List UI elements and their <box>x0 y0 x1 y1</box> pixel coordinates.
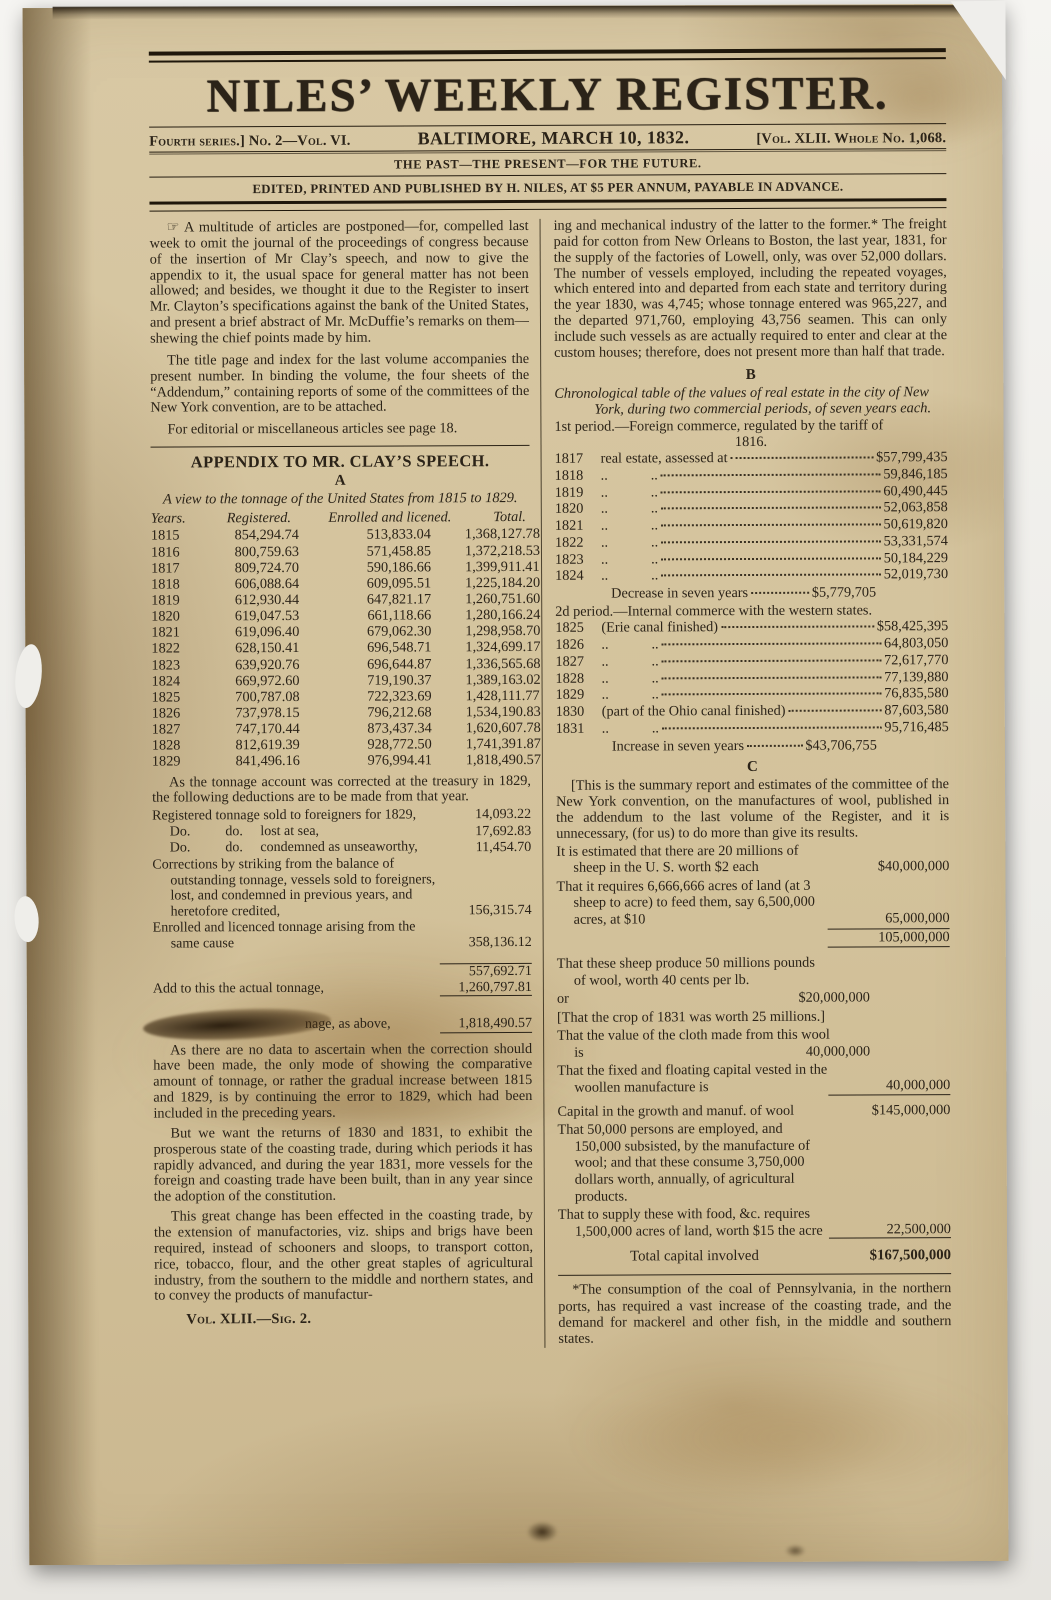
real-estate-row: 1829.. ..76,835,580 <box>556 685 949 703</box>
tonnage-value: 700,787.08 <box>204 689 316 706</box>
series-volume-label: Fourth series.] No. 2—Vol. VI. <box>149 133 350 151</box>
tonnage-row: 1826737,978.15796,212.681,534,190.83 <box>152 704 531 722</box>
estimate-value: 40,000,000 <box>828 1077 950 1095</box>
estimate-item: That these sheep produce 50 millions pou… <box>557 954 950 989</box>
real-estate-note: .. .. <box>601 518 658 535</box>
deduction-label: Corrections by striking from the balance… <box>152 856 438 920</box>
estimate-text: That the fixed and floating capital vest… <box>557 1062 827 1096</box>
tonnage-year: 1826 <box>152 705 204 721</box>
real-estate-value: 53,331,574 <box>884 533 948 550</box>
dot-leader <box>662 726 881 729</box>
real-estate-row: 1825(Erie canal finished)$58,425,395 <box>555 619 948 637</box>
editorial-notes: ☞ A multitude of articles are postponed—… <box>150 219 530 439</box>
right-column: ing and mechanical industry of the latte… <box>541 217 952 1347</box>
estimate-text: [That the crop of 1831 was worth 25 mill… <box>557 1008 825 1025</box>
masthead-rule <box>149 198 946 211</box>
deduction-value: 1,818,490.57 <box>440 1016 532 1033</box>
real-estate-year: 1820 <box>555 501 601 518</box>
dot-leader <box>661 574 880 577</box>
paper-stain <box>574 1372 1005 1504</box>
newspaper-page: NILES’ WEEKLY REGISTER. Fourth series.] … <box>23 4 1009 1565</box>
real-estate-value: 52,063,858 <box>883 500 947 517</box>
tonnage-value: 1,818,490.57 <box>466 752 541 768</box>
whole-number-label: [Vol. XLII. Whole No. 1,068. <box>756 130 946 148</box>
tonnage-year: 1827 <box>152 721 204 737</box>
ink-spot <box>785 1545 805 1557</box>
real-estate-row: 1824.. ..52,019,730 <box>555 566 948 584</box>
real-estate-year: 1830 <box>556 704 602 721</box>
volume-signature: Vol. XLII.—Sig. 2. <box>154 1310 533 1329</box>
tonnage-value: 696,548.71 <box>315 640 465 657</box>
real-estate-note: .. .. <box>602 720 659 737</box>
deductions-list: Registered tonnage sold to foreigners fo… <box>152 807 532 1034</box>
tonnage-value: 1,399,911.41 <box>465 559 540 575</box>
real-estate-value: 76,835,580 <box>884 685 948 702</box>
real-estate-year: 1822 <box>555 534 601 551</box>
real-estate-row: 1821.. ..50,619,820 <box>555 516 948 534</box>
deduction-value: 11,454.70 <box>439 840 531 856</box>
tonnage-value: 606,088.64 <box>203 576 315 593</box>
tonnage-value: 1,324,699.17 <box>465 639 540 655</box>
dot-leader <box>661 540 880 543</box>
real-estate-value: $57,799,435 <box>876 449 948 466</box>
tonnage-column-header: Years. <box>151 511 203 527</box>
tonnage-value: 1,260,751.60 <box>465 591 540 607</box>
closing-paragraph: But we want the returns of 1830 and 1831… <box>153 1125 532 1206</box>
tonnage-value: 679,062.30 <box>315 623 465 640</box>
real-estate-year: 1831 <box>556 720 602 737</box>
real-estate-note: .. .. <box>601 467 658 484</box>
tonnage-value: 719,190.37 <box>316 672 466 689</box>
real-estate-row: 1823.. ..50,184,229 <box>555 550 948 568</box>
tonnage-row: 1825700,787.08722,323.691,428,111.77 <box>152 688 531 706</box>
tonnage-row: 1817809,724.70590,186.661,399,911.41 <box>151 559 530 577</box>
estimate-value: 65,000,000 <box>828 910 950 927</box>
period2-heading: 2d period.—Internal commerce with the we… <box>555 602 948 620</box>
real-estate-note: (part of the Ohio canal finished) <box>602 703 786 721</box>
tonnage-value: 571,458.85 <box>315 543 465 560</box>
tonnage-value: 612,930.44 <box>203 592 315 609</box>
tonnage-value: 812,619.39 <box>204 737 316 754</box>
tonnage-row: 1818606,088.64609,095.511,225,184.20 <box>151 575 530 593</box>
real-estate-year: 1819 <box>555 484 601 501</box>
tonnage-value: 1,534,190.83 <box>466 704 541 720</box>
deduction-value: 557,692.71 <box>440 963 532 980</box>
intro-paragraph: ☞ A multitude of articles are postponed—… <box>150 219 530 348</box>
tonnage-row: 1815854,294.74513,833.041,368,127.78 <box>151 526 530 544</box>
estimate-value: $145,000,000 <box>828 1102 950 1119</box>
real-estate-note: .. .. <box>601 501 658 518</box>
tonnage-year: 1828 <box>152 738 204 754</box>
ink-spot <box>527 1522 557 1542</box>
section-a-label: A <box>151 472 530 491</box>
continuation-paragraph: ing and mechanical industry of the latte… <box>554 217 948 361</box>
tonnage-year: 1825 <box>152 689 204 705</box>
estimate-text: That to supply these with food, &c. requ… <box>558 1206 823 1240</box>
real-estate-value: 77,139,880 <box>884 669 948 686</box>
closing-paragraph: This great change has been effected in t… <box>154 1208 533 1305</box>
estimate-item: [That the crop of 1831 was worth 25 mill… <box>557 1008 950 1026</box>
tonnage-value: 669,972.60 <box>204 673 316 690</box>
estimate-value: $167,500,000 <box>829 1247 951 1265</box>
tonnage-row: 1824669,972.60719,190.371,389,163.02 <box>152 672 531 690</box>
tonnage-value: 619,096.40 <box>203 624 315 641</box>
closing-paragraph: As there are no data to ascertain when t… <box>153 1041 532 1122</box>
estimate-text: That it requires 6,666,666 acres of land… <box>556 878 815 928</box>
tonnage-year: 1816 <box>151 544 203 560</box>
increase-value: $43,706,755 <box>805 737 877 754</box>
tonnage-value: 609,095.51 <box>315 575 465 592</box>
real-estate-note: (Erie canal finished) <box>601 620 718 637</box>
real-estate-row: 1827.. ..72,617,770 <box>555 652 948 670</box>
deduction-row: Corrections by striking from the balance… <box>152 855 531 920</box>
real-estate-year: 1827 <box>555 654 601 671</box>
real-estate-note: .. .. <box>601 568 658 585</box>
tonnage-year: 1817 <box>151 560 203 576</box>
tonnage-value: 1,336,565.68 <box>465 655 540 671</box>
masthead-rule <box>149 173 946 177</box>
tonnage-year: 1824 <box>152 673 204 689</box>
tonnage-table-header: Years.Registered.Enrolled and licened.To… <box>151 509 530 527</box>
deduction-row: nage, as above,1,818,490.57 <box>153 1016 532 1034</box>
tonnage-table-caption: A view to the tonnage of the United Stat… <box>151 490 530 508</box>
real-estate-row: 1828.. ..77,139,880 <box>556 669 949 687</box>
dot-leader <box>661 524 880 527</box>
photo-background: { "masthead": { "title": "NILES’ WEEKLY … <box>0 0 1051 1600</box>
real-estate-note: .. .. <box>601 653 658 670</box>
masthead-rule <box>149 48 946 62</box>
increase-row: Increase in seven years $43,706,755 <box>556 736 949 757</box>
closing-paragraphs: As there are no data to ascertain when t… <box>153 1041 533 1304</box>
deduction-label: Do. do. lost at sea, <box>152 824 319 840</box>
tonnage-value: 796,212.68 <box>316 704 466 721</box>
tonnage-value: 1,620,607.78 <box>466 720 541 736</box>
dot-leader <box>751 592 809 594</box>
dot-leader <box>662 693 881 696</box>
tonnage-value: 1,280,166.24 <box>465 607 540 623</box>
estimate-item: Total capital involved$167,500,000 <box>558 1247 951 1266</box>
intro-paragraph: The title page and index for the last vo… <box>150 352 529 417</box>
tonnage-value: 747,170.44 <box>204 721 316 738</box>
real-estate-note: real estate, assessed at <box>601 450 728 467</box>
tonnage-row: 1827747,170.44873,437.341,620,607.78 <box>152 720 531 738</box>
real-estate-row: 1819.. ..60,490,445 <box>555 483 948 501</box>
real-estate-period2-table: 1825(Erie canal finished)$58,425,3951826… <box>555 619 949 738</box>
printed-area: NILES’ WEEKLY REGISTER. Fourth series.] … <box>23 4 1008 1350</box>
tonnage-value: 737,978.15 <box>204 705 316 722</box>
tonnage-year: 1822 <box>151 641 203 657</box>
tonnage-row: 1816800,759.63571,458.851,372,218.53 <box>151 543 530 561</box>
real-estate-period1-table: 1817real estate, assessed at$57,799,4351… <box>555 449 949 584</box>
real-estate-table-caption: Chronological table of the values of rea… <box>554 384 947 418</box>
tonnage-year: 1823 <box>151 657 203 673</box>
deduction-row: Add to this the actual tonnage,1,260,797… <box>153 980 532 998</box>
tonnage-row: 1819612,930.44647,821.171,260,751.60 <box>151 591 530 609</box>
dot-leader <box>788 709 881 711</box>
tonnage-value: 696,644.87 <box>315 656 465 673</box>
real-estate-value: 60,490,445 <box>883 483 947 500</box>
dot-leader <box>662 659 881 662</box>
dot-leader <box>662 676 881 679</box>
real-estate-note: .. .. <box>601 551 658 568</box>
tonnage-value: 1,428,111.77 <box>466 688 540 704</box>
deduction-value: 358,136.12 <box>440 935 532 951</box>
tonnage-value: 1,298,958.70 <box>465 623 540 639</box>
real-estate-year: 1818 <box>555 468 601 485</box>
real-estate-year: 1821 <box>555 518 601 535</box>
tonnage-column-header: Total. <box>465 509 530 525</box>
masthead: NILES’ WEEKLY REGISTER. Fourth series.] … <box>149 48 947 211</box>
decrease-label: Decrease in seven years <box>611 585 748 603</box>
dot-leader <box>661 507 880 510</box>
estimate-item: That the fixed and floating capital vest… <box>557 1062 950 1097</box>
tonnage-value: 628,150.41 <box>203 640 315 657</box>
tonnage-value: 513,833.04 <box>315 527 465 544</box>
real-estate-value: $58,425,395 <box>877 619 949 636</box>
real-estate-year: 1823 <box>555 551 601 568</box>
tonnage-value: 854,294.74 <box>203 527 315 544</box>
tonnage-year: 1820 <box>151 609 203 625</box>
real-estate-value: 50,619,820 <box>883 516 947 533</box>
tonnage-value: 928,772.50 <box>316 736 466 753</box>
section-c-label: C <box>556 758 949 777</box>
real-estate-note: .. .. <box>601 484 658 501</box>
estimate-item: Capital in the growth and manuf. of wool… <box>557 1102 950 1120</box>
tonnage-value: 1,368,127.78 <box>465 526 540 542</box>
deduction-value: 1,260,797.81 <box>440 979 532 996</box>
deduction-label: Enrolled and licenced tonnage arising fr… <box>153 920 419 952</box>
wool-report-intro: [This is the summary report and estimate… <box>556 776 949 842</box>
decrease-row: Decrease in seven years $5,779,705 <box>555 583 948 604</box>
dot-leader <box>661 557 880 560</box>
left-column: ☞ A multitude of articles are postponed—… <box>150 219 546 1349</box>
real-estate-row: 1820.. ..52,063,858 <box>555 500 948 518</box>
estimate-item: or$20,000,000 <box>557 989 950 1007</box>
tonnage-row: 1820619,047.53661,118.661,280,166.24 <box>151 607 530 625</box>
real-estate-year: 1826 <box>555 637 601 654</box>
estimate-value: $40,000,000 <box>827 858 949 875</box>
estimate-text: That 50,000 persons are employed, and 15… <box>557 1121 810 1204</box>
real-estate-note: .. .. <box>602 687 659 704</box>
estimate-item: That to supply these with food, &c. requ… <box>558 1205 951 1240</box>
deduction-row: Do. do. condemned as unseaworthy,11,454.… <box>152 839 531 857</box>
dot-leader <box>661 490 880 493</box>
two-column-body: ☞ A multitude of articles are postponed—… <box>150 217 952 1349</box>
coal-footnote: *The consumption of the coal of Pennsylv… <box>558 1281 951 1348</box>
real-estate-row: 1830(part of the Ohio canal finished)87,… <box>556 702 949 720</box>
dot-leader <box>721 626 874 629</box>
period1-heading: 1st period.—Foreign commerce, regulated … <box>554 417 947 435</box>
tonnage-value: 1,372,218.53 <box>465 542 540 558</box>
estimate-text: Total capital involved <box>630 1248 759 1265</box>
deduction-label: Add to this the actual tonnage, <box>153 981 324 997</box>
tonnage-row: 1823639,920.76696,644.871,336,565.68 <box>151 655 530 673</box>
tonnage-value: 809,724.70 <box>203 560 315 577</box>
deduction-row: Enrolled and licenced tonnage arising fr… <box>153 919 532 953</box>
tonnage-value: 800,759.63 <box>203 543 315 560</box>
real-estate-value: 59,846,185 <box>883 466 947 483</box>
real-estate-value: 52,019,730 <box>884 566 948 583</box>
real-estate-value: 50,184,229 <box>884 550 948 567</box>
tonnage-value: 841,496.16 <box>204 753 316 770</box>
real-estate-row: 1822.. ..53,331,574 <box>555 533 948 551</box>
deduction-value: 14,093.22 <box>439 807 531 823</box>
tonnage-row: 1828812,619.39928,772.501,741,391.87 <box>152 736 531 754</box>
dot-leader <box>731 457 873 460</box>
tonnage-value: 1,389,163.02 <box>466 672 541 688</box>
real-estate-note: .. .. <box>601 534 658 551</box>
intro-paragraph: For editorial or miscellaneous articles … <box>150 421 529 439</box>
tonnage-value: 722,323.69 <box>316 688 466 705</box>
tonnage-value: 619,047.53 <box>203 608 315 625</box>
real-estate-value: 95,716,485 <box>884 719 948 736</box>
estimate-text: It is estimated that there are 20 millio… <box>556 842 798 876</box>
section-b-label: B <box>554 366 947 385</box>
real-estate-row: 1818.. ..59,846,185 <box>555 466 948 484</box>
deduction-label: Do. do. condemned as unseaworthy, <box>152 840 418 856</box>
increase-label: Increase in seven years <box>612 738 744 756</box>
deduction-value: 17,692.83 <box>439 823 531 839</box>
estimate-text: That these sheep produce 50 millions pou… <box>557 955 815 989</box>
deduction-row: Registered tonnage sold to foreigners fo… <box>152 807 531 825</box>
tonnage-value: 1,741,391.87 <box>466 736 541 752</box>
tonnage-value: 873,437.34 <box>316 720 466 737</box>
estimate-item: 105,000,000 <box>557 931 950 949</box>
motto: THE PAST—THE PRESENT—FOR THE FUTURE. <box>149 155 946 173</box>
tonnage-table: 1815854,294.74513,833.041,368,127.781816… <box>151 526 531 770</box>
tonnage-value: 976,994.41 <box>316 753 466 770</box>
real-estate-note: .. .. <box>602 670 659 687</box>
real-estate-year: 1824 <box>555 568 601 585</box>
real-estate-year: 1817 <box>555 451 601 468</box>
estimate-text: Capital in the growth and manuf. of wool <box>557 1102 794 1119</box>
dot-leader <box>747 744 802 746</box>
newspaper-title: NILES’ WEEKLY REGISTER. <box>149 66 946 123</box>
real-estate-value: 72,617,770 <box>884 652 948 669</box>
estimate-value: 40,000,000 <box>748 1043 870 1060</box>
deduction-label: Registered tonnage sold to foreigners fo… <box>152 808 416 824</box>
estimate-item: That the value of the cloth made from th… <box>557 1026 950 1061</box>
real-estate-year: 1829 <box>556 687 602 704</box>
tonnage-year: 1829 <box>152 754 204 770</box>
tonnage-value: 647,821.17 <box>315 591 465 608</box>
estimate-value: $20,000,000 <box>748 990 870 1007</box>
dateline: BALTIMORE, MARCH 10, 1832. <box>418 127 690 149</box>
tonnage-year: 1818 <box>151 576 203 592</box>
issue-line: Fourth series.] No. 2—Vol. VI. BALTIMORE… <box>149 124 946 151</box>
real-estate-year: 1828 <box>556 670 602 687</box>
ink-smudge <box>142 1005 331 1044</box>
estimate-item: It is estimated that there are 20 millio… <box>556 842 949 877</box>
real-estate-note: .. .. <box>601 637 658 654</box>
tonnage-value: 639,920.76 <box>203 656 315 673</box>
real-estate-row: 1826.. ..64,803,050 <box>555 635 948 653</box>
correction-note: As the tonnage account was corrected at … <box>152 773 531 806</box>
real-estate-row: 1831.. ..95,716,485 <box>556 719 949 737</box>
real-estate-value: 87,603,580 <box>884 702 948 719</box>
tonnage-value: 1,225,184.20 <box>465 575 540 591</box>
dot-leader <box>661 473 880 476</box>
publisher-line: EDITED, PRINTED AND PUBLISHED BY H. NILE… <box>149 179 946 197</box>
estimate-value: 22,500,000 <box>829 1221 951 1239</box>
estimate-item: That 50,000 persons are employed, and 15… <box>557 1120 950 1205</box>
deduction-row: Do. do. lost at sea,17,692.83 <box>152 823 531 841</box>
real-estate-value: 64,803,050 <box>884 635 948 652</box>
deduction-value: 156,315.74 <box>440 903 532 919</box>
tonnage-value: 661,118.66 <box>315 607 465 624</box>
tonnage-row: 1822628,150.41696,548.711,324,699.17 <box>151 639 530 657</box>
estimate-text: or <box>557 991 569 1007</box>
real-estate-row: 1817real estate, assessed at$57,799,435 <box>555 449 948 467</box>
footnote-rule <box>558 1274 951 1277</box>
estimate-value: 105,000,000 <box>828 929 950 948</box>
appendix-title: APPENDIX TO MR. CLAY’S SPEECH. <box>151 451 530 473</box>
tonnage-value: 590,186.66 <box>315 559 465 576</box>
dot-leader <box>662 643 881 646</box>
real-estate-year: 1825 <box>555 620 601 637</box>
wool-capital-estimates: It is estimated that there are 20 millio… <box>556 842 951 1266</box>
tonnage-row: 1821619,096.40679,062.301,298,958.70 <box>151 623 530 641</box>
tonnage-year: 1821 <box>151 625 203 641</box>
tonnage-year: 1815 <box>151 528 203 544</box>
tonnage-year: 1819 <box>151 592 203 608</box>
decrease-value: $5,779,705 <box>812 584 876 601</box>
section-divider-rule <box>151 445 530 448</box>
period1-year: 1816. <box>554 434 947 451</box>
tonnage-column-header: Enrolled and licened. <box>315 510 465 527</box>
tonnage-column-header: Registered. <box>203 510 315 527</box>
tonnage-row: 1829841,496.16976,994.411,818,490.57 <box>152 752 531 770</box>
estimate-item: That it requires 6,666,666 acres of land… <box>556 877 949 928</box>
